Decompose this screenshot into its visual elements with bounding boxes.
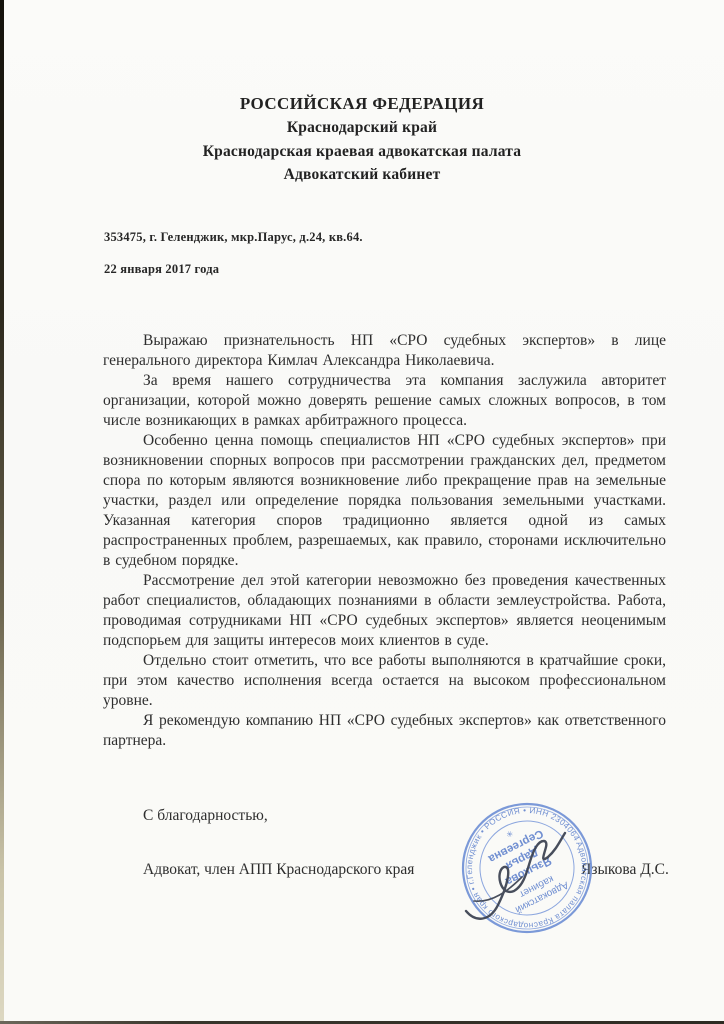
stamp-inner-ring <box>464 805 590 931</box>
letter-body: Выражаю признательность НП «СРО судебных… <box>103 331 666 751</box>
svg-text:Дарья: Дарья <box>504 845 541 872</box>
letterhead-chamber-line: Краснодарская краевая адвокатская палата <box>12 140 712 164</box>
body-paragraph: Особенно ценна помощь специалистов НП «С… <box>103 431 666 571</box>
signature-scribble <box>466 833 565 919</box>
stamp-center-text: Адвокатский кабинет Языкова Дарья Сергее… <box>480 816 571 916</box>
body-paragraph: Выражаю признательность НП «СРО судебных… <box>103 331 666 371</box>
svg-text:Адвокатский: Адвокатский <box>513 879 570 915</box>
signer-name: Языкова Д.С. <box>581 861 669 879</box>
letterhead-region-line: Краснодарский край <box>12 116 712 140</box>
svg-text:Языкова: Языкова <box>503 854 553 888</box>
scan-edge-left <box>0 0 4 1024</box>
signer-role: Адвокат, член АПП Краснодарского края <box>143 861 414 879</box>
letterhead-country-line: РОССИЙСКАЯ ФЕДЕРАЦИЯ <box>12 92 712 116</box>
sender-address: 353475, г. Геленджик, мкр.Парус, д.24, к… <box>104 230 363 245</box>
letter-date: 22 января 2017 года <box>104 262 219 277</box>
letterhead: РОССИЙСКАЯ ФЕДЕРАЦИЯ Краснодарский край … <box>12 92 712 187</box>
letterhead-office-line: Адвокатский кабинет <box>12 163 712 187</box>
svg-text:✳: ✳ <box>504 828 514 839</box>
body-paragraph: Отдельно стоит отметить, что все работы … <box>103 651 666 711</box>
body-paragraph: Я рекомендую компанию НП «СРО судебных э… <box>103 711 666 751</box>
closing-salutation: С благодарностью, <box>143 807 268 825</box>
body-paragraph: За время нашего сотрудничества эта компа… <box>103 371 666 431</box>
svg-text:Сергеевна: Сергеевна <box>486 827 545 865</box>
svg-text:кабинет: кабинет <box>517 873 556 901</box>
scanned-letter-page: РОССИЙСКАЯ ФЕДЕРАЦИЯ Краснодарский край … <box>0 0 724 1024</box>
body-paragraph: Рассмотрение дел этой категории невозмож… <box>103 571 666 651</box>
